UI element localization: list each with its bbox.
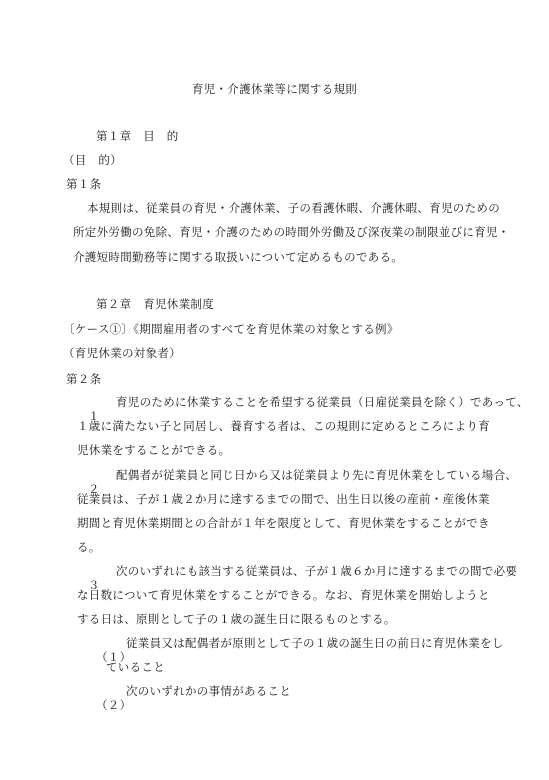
subitem-2-text: 次のいずれかの事情があること	[126, 686, 291, 700]
article-2-item-2-line-2: 従業員は、子が１歳２か月に達するまでの間で、出生日以後の産前・産後休業	[77, 494, 490, 508]
article-1-body-line-1: 本規則は、従業員の育児・介護休業、子の看護休暇、介護休暇、育児のための	[87, 203, 500, 217]
article-2-heading: 第２条	[66, 374, 101, 388]
article-2-subitem-2-line-1: （２） 次のいずれかの事情があること	[82, 686, 131, 741]
item-1-text: 育児のために休業することを希望する従業員（日雇従業員を除く）であって、	[116, 397, 529, 411]
article-1-body-line-2: 所定外労働の免除、育児・介護のための時間外労働及び深夜業の制限並びに育児・	[73, 227, 510, 241]
chapter-2-heading: 第２章 育児休業制度	[96, 299, 214, 313]
article-2-subitem-1-line-2: ていること	[106, 662, 165, 676]
subitem-1-text: 従業員又は配偶者が原則として子の１歳の誕生日の前日に育児休業をし	[126, 638, 504, 652]
article-2-item-1-line-3: 児休業をすることができる。	[77, 445, 230, 459]
document-title: 育児・介護休業等に関する規則	[0, 84, 549, 98]
chapter-1-heading: 第１章 目 的	[96, 131, 179, 145]
subitem-2-number: （２）	[96, 700, 131, 712]
childcare-leave-subject-label: （育児休業の対象者）	[63, 348, 181, 362]
article-2-item-3-line-2: な日数について育児休業をすることができる。なお、育児休業を開始しようと	[77, 590, 490, 604]
article-2-item-2-line-4: る。	[77, 542, 101, 556]
item-3-text: 次のいずれにも該当する従業員は、子が１歳６か月に達するまでの間で必要	[116, 566, 517, 580]
case-1-label: 〔ケース①〕《期間雇用者のすべてを育児休業の対象とする例》	[63, 324, 399, 338]
document-page: 育児・介護休業等に関する規則 第１章 目 的 （目 的） 第１条 本規則は、従業…	[0, 0, 549, 780]
article-2-item-1-line-2: １歳に満たない子と同居し、養育する者は、この規則に定めるところにより育	[77, 421, 490, 435]
article-2-item-3-line-3: する日は、原則として子の１歳の誕生日に限るものとする。	[77, 614, 396, 628]
item-2-text: 配偶者が従業員と同じ日から又は従業員より先に育児休業をしている場合、	[116, 470, 517, 484]
article-2-item-2-line-3: 期間と育児休業期間との合計が１年を限度として、育児休業をすることができ	[77, 518, 490, 532]
article-1-body-line-3: 介護短時間勤務等に関する取扱いについて定めるものである。	[73, 252, 403, 266]
article-1-heading: 第１条	[66, 179, 101, 193]
purpose-label: （目 的）	[63, 155, 122, 169]
